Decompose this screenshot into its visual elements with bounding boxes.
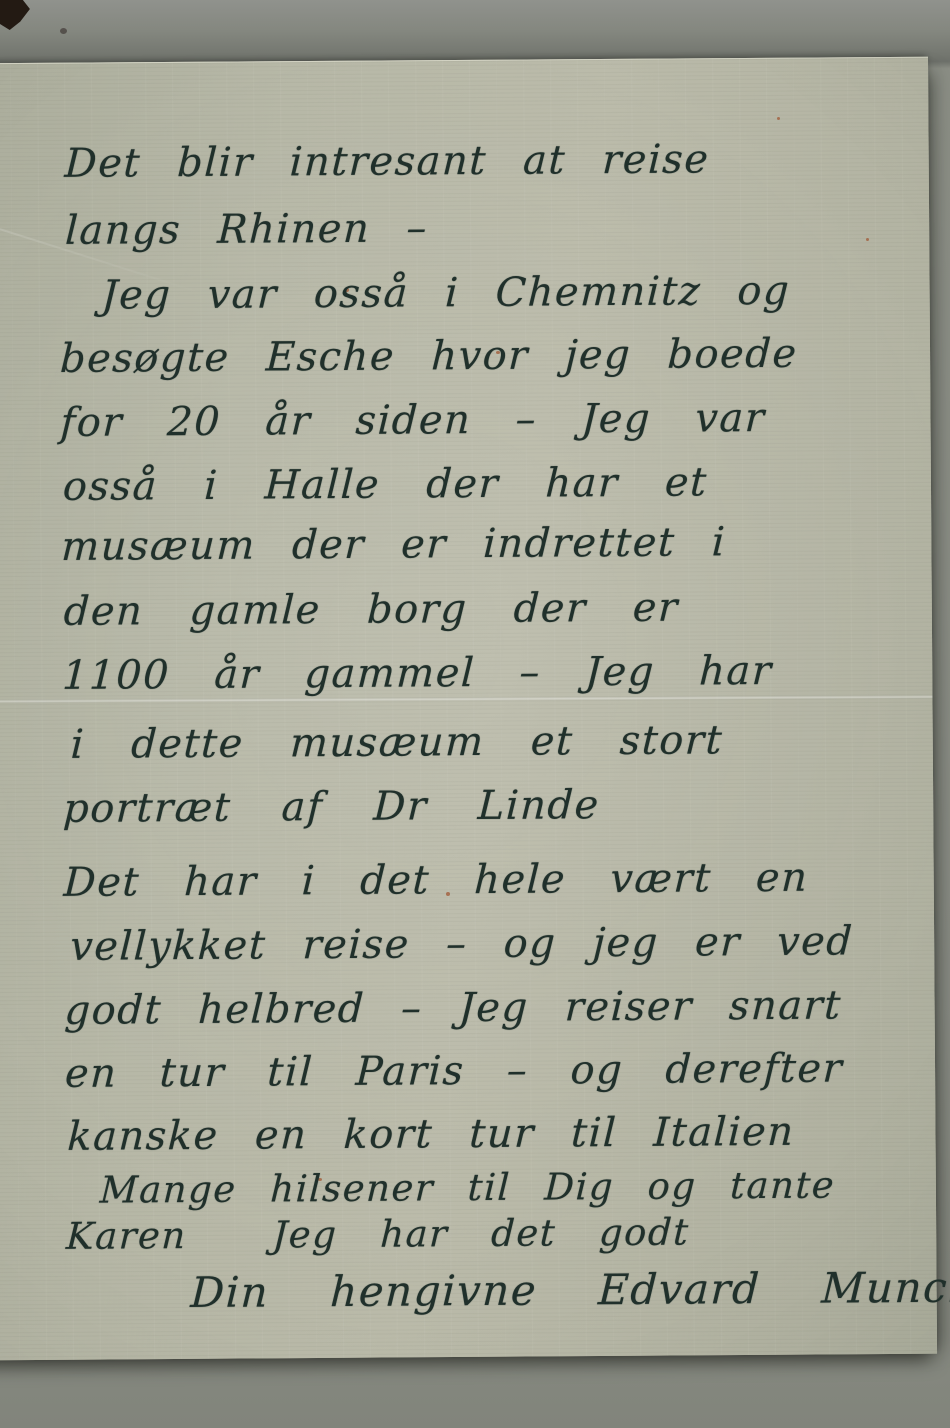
handwriting-line: portræt af Dr Linde [62,782,601,832]
handwriting-layer: Det blir intresant at reise langs Rhinen… [0,0,950,1428]
handwriting-line: godt helbred – Jeg reiser snart [64,982,843,1033]
handwriting-line: Det blir intresant at reise [64,136,711,187]
handwriting-line: vellykket reise – og jeg er ved [69,918,854,969]
handwriting-line: for 20 år siden – Jeg var [59,395,766,446]
handwriting-line: Karen Jeg har det godt [65,1211,690,1258]
handwriting-line: langs Rhinen – [64,205,429,254]
handwriting-line: besøgte Esche hvor jeg boede [59,331,799,382]
handwriting-line: Jeg var osså i Chemnitz og [101,268,792,319]
handwriting-line: musæum der er indrettet i [60,519,727,570]
signature-line: Din hengivne Edvard Munch [189,1263,950,1318]
handwriting-line: i dette musæum et stort [70,717,724,768]
letter-photo: { "letter": { "language": "Norwegian", "… [0,0,950,1428]
handwriting-line: kanske en kort tur til Italien [66,1109,795,1160]
handwriting-line: 1100 år gammel – Jeg har [61,648,773,699]
handwriting-line: osså i Halle der har et [62,459,709,510]
handwriting-line: Mange hilsener til Dig og tante [99,1164,836,1212]
handwriting-line: den gamle borg der er [63,585,680,635]
handwriting-line: en tur til Paris – og derefter [64,1045,844,1096]
handwriting-line: Det har i det hele vært en [63,855,810,906]
